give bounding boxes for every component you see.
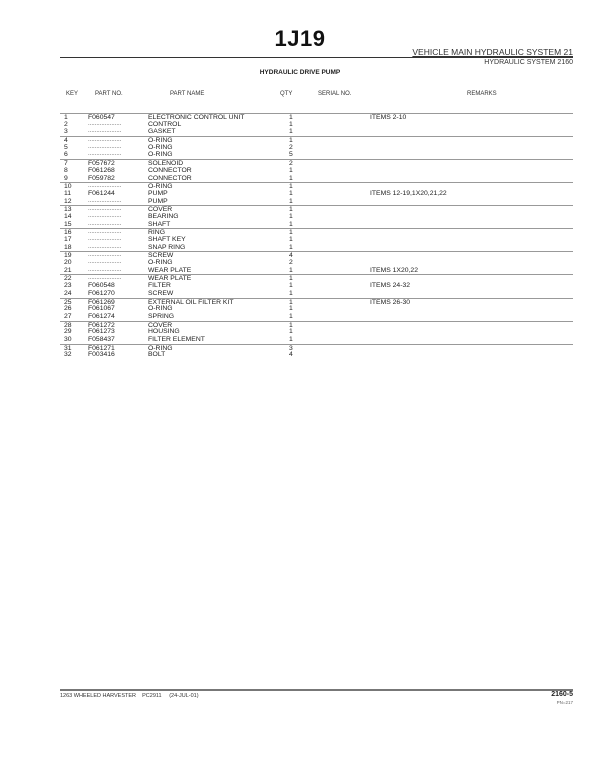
part-name-cell: GASKET	[148, 128, 176, 136]
part-name-cell: WEAR PLATE	[148, 267, 191, 275]
table-row: 14....................BEARING1	[60, 213, 573, 221]
footer-machine-info: 1263 WHEELED HARVESTER PC2911 (24-JUL-01…	[60, 693, 199, 699]
key-cell: 24	[64, 290, 72, 298]
quantity-cell: 1	[289, 305, 293, 313]
column-header-serial-no: SERIAL NO.	[318, 91, 351, 97]
table-row: 9F059782CONNECTOR1	[60, 175, 573, 183]
part-number-cell: ....................	[88, 236, 121, 244]
table-row: 6....................O-RING5	[60, 151, 573, 159]
part-number-cell: ....................	[88, 244, 121, 252]
table-row: 28F061272COVER1	[60, 321, 573, 329]
part-number-cell: F061067	[88, 305, 115, 313]
quantity-cell: 1	[289, 236, 293, 244]
table-row: 12....................PUMP1	[60, 198, 573, 206]
part-name-cell: FILTER	[148, 282, 171, 290]
quantity-cell: 1	[289, 313, 293, 321]
key-cell: 30	[64, 336, 72, 344]
part-name-cell: FILTER ELEMENT	[148, 336, 205, 344]
part-number-cell: F058437	[88, 336, 115, 344]
part-number-cell: F059782	[88, 175, 115, 183]
key-cell: 27	[64, 313, 72, 321]
quantity-cell: 1	[289, 244, 293, 252]
footer-pn: PN=217	[557, 700, 573, 705]
table-row: 24F061270SCREW1	[60, 290, 573, 298]
table-row: 25F061269EXTERNAL OIL FILTER KIT1ITEMS 2…	[60, 298, 573, 306]
part-name-cell: BEARING	[148, 213, 179, 221]
quantity-cell: 1	[289, 267, 293, 275]
key-cell: 23	[64, 282, 72, 290]
part-number-cell: ....................	[88, 259, 121, 267]
key-cell: 17	[64, 236, 72, 244]
part-number-cell: F003416	[88, 351, 115, 359]
part-number-cell: F060548	[88, 282, 115, 290]
key-cell: 26	[64, 305, 72, 313]
part-name-cell: O-RING	[148, 305, 173, 313]
system-group-label: VEHICLE MAIN HYDRAULIC SYSTEM 21	[412, 47, 573, 57]
header-rule	[60, 57, 573, 58]
table-row: 21....................WEAR PLATE1ITEMS 1…	[60, 267, 573, 275]
table-row: 8F061268CONNECTOR1	[60, 167, 573, 175]
part-number-cell: ....................	[88, 267, 121, 275]
key-cell: 9	[64, 175, 68, 183]
quantity-cell: 4	[289, 351, 293, 359]
part-name-cell: SCREW	[148, 290, 173, 298]
part-number-cell: ....................	[88, 213, 121, 221]
quantity-cell: 1	[289, 221, 293, 229]
key-cell: 32	[64, 351, 72, 359]
table-row: 19....................SCREW4	[60, 251, 573, 259]
quantity-cell: 1	[289, 290, 293, 298]
key-cell: 15	[64, 221, 72, 229]
key-cell: 6	[64, 151, 68, 159]
key-cell: 8	[64, 167, 68, 175]
part-name-cell: SHAFT	[148, 221, 170, 229]
key-cell: 2	[64, 121, 68, 129]
part-name-cell: HOUSING	[148, 328, 180, 336]
footer-rule	[60, 689, 573, 691]
subsystem-label: HYDRAULIC SYSTEM 2160	[484, 59, 573, 66]
table-row: 23F060548FILTER1ITEMS 24-32	[60, 282, 573, 290]
quantity-cell: 1	[289, 282, 293, 290]
part-number-cell: F061273	[88, 328, 115, 336]
part-number-cell: ....................	[88, 121, 121, 129]
table-row: 5....................O-RING2	[60, 144, 573, 152]
part-name-cell: CONTROL	[148, 121, 181, 129]
table-row: 10....................O-RING1	[60, 182, 573, 190]
table-row: 30F058437FILTER ELEMENT1	[60, 336, 573, 344]
part-name-cell: SHAFT KEY	[148, 236, 186, 244]
key-cell: 14	[64, 213, 72, 221]
part-name-cell: O-RING	[148, 144, 173, 152]
table-row: 4....................O-RING1	[60, 136, 573, 144]
part-number-cell: ....................	[88, 144, 121, 152]
table-row: 31F061271O-RING3	[60, 344, 573, 352]
table-row: 1F060547ELECTRONIC CONTROL UNIT1ITEMS 2-…	[60, 113, 573, 121]
table-row: 13....................COVER1	[60, 205, 573, 213]
key-cell: 3	[64, 128, 68, 136]
part-name-cell: SPRING	[148, 313, 174, 321]
table-row: 3....................GASKET1	[60, 128, 573, 136]
table-row: 7F057672SOLENOID2	[60, 159, 573, 167]
parts-table: 1F060547ELECTRONIC CONTROL UNIT1ITEMS 2-…	[60, 113, 573, 359]
part-name-cell: CONNECTOR	[148, 167, 192, 175]
part-name-cell: PUMP	[148, 198, 168, 206]
table-row: 2....................CONTROL1	[60, 121, 573, 129]
table-row: 26F061067O-RING1	[60, 305, 573, 313]
part-name-cell: SNAP RING	[148, 244, 185, 252]
part-name-cell: BOLT	[148, 351, 165, 359]
quantity-cell: 1	[289, 198, 293, 206]
part-number-cell: ....................	[88, 151, 121, 159]
part-name-cell: CONNECTOR	[148, 175, 192, 183]
table-row: 17....................SHAFT KEY1	[60, 236, 573, 244]
table-row: 18....................SNAP RING1	[60, 244, 573, 252]
key-cell: 12	[64, 198, 72, 206]
quantity-cell: 1	[289, 190, 293, 198]
quantity-cell: 1	[289, 328, 293, 336]
quantity-cell: 1	[289, 121, 293, 129]
key-cell: 20	[64, 259, 72, 267]
part-number-cell: F061268	[88, 167, 115, 175]
column-header-part-no: PART NO.	[95, 91, 123, 97]
key-cell: 21	[64, 267, 72, 275]
table-row: 27F061274SPRING1	[60, 313, 573, 321]
footer-page-number: 2160-5	[551, 691, 573, 698]
key-cell: 29	[64, 328, 72, 336]
quantity-cell: 1	[289, 336, 293, 344]
part-number-cell: F061270	[88, 290, 115, 298]
quantity-cell: 1	[289, 213, 293, 221]
remarks-cell: ITEMS 24-32	[370, 282, 410, 290]
part-number-cell: F061244	[88, 190, 115, 198]
table-row: 16....................RING1	[60, 228, 573, 236]
part-number-cell: ....................	[88, 198, 121, 206]
key-cell: 5	[64, 144, 68, 152]
column-header-key: KEY	[66, 91, 78, 97]
table-row: 20....................O-RING2	[60, 259, 573, 267]
part-number-cell: ....................	[88, 128, 121, 136]
part-number-cell: F061274	[88, 313, 115, 321]
section-title: HYDRAULIC DRIVE PUMP	[0, 69, 600, 76]
table-row: 32F003416BOLT4	[60, 351, 573, 359]
table-row: 15....................SHAFT1	[60, 221, 573, 229]
key-cell: 11	[64, 190, 71, 198]
part-number-cell: ....................	[88, 221, 121, 229]
part-name-cell: O-RING	[148, 259, 173, 267]
quantity-cell: 1	[289, 128, 293, 136]
table-row: 11F061244PUMP1ITEMS 12-19,1X20,21,22	[60, 190, 573, 198]
quantity-cell: 5	[289, 151, 293, 159]
table-row: 29F061273HOUSING1	[60, 328, 573, 336]
key-cell: 18	[64, 244, 72, 252]
quantity-cell: 1	[289, 175, 293, 183]
column-header-qty: QTY	[280, 91, 292, 97]
table-row: 22....................WEAR PLATE1	[60, 274, 573, 282]
quantity-cell: 2	[289, 259, 293, 267]
quantity-cell: 1	[289, 167, 293, 175]
column-header-part-name: PART NAME	[170, 91, 204, 97]
part-name-cell: PUMP	[148, 190, 168, 198]
remarks-cell: ITEMS 12-19,1X20,21,22	[370, 190, 447, 198]
part-name-cell: O-RING	[148, 151, 173, 159]
remarks-cell: ITEMS 1X20,22	[370, 267, 418, 275]
column-header-remarks: REMARKS	[467, 91, 497, 97]
quantity-cell: 2	[289, 144, 293, 152]
